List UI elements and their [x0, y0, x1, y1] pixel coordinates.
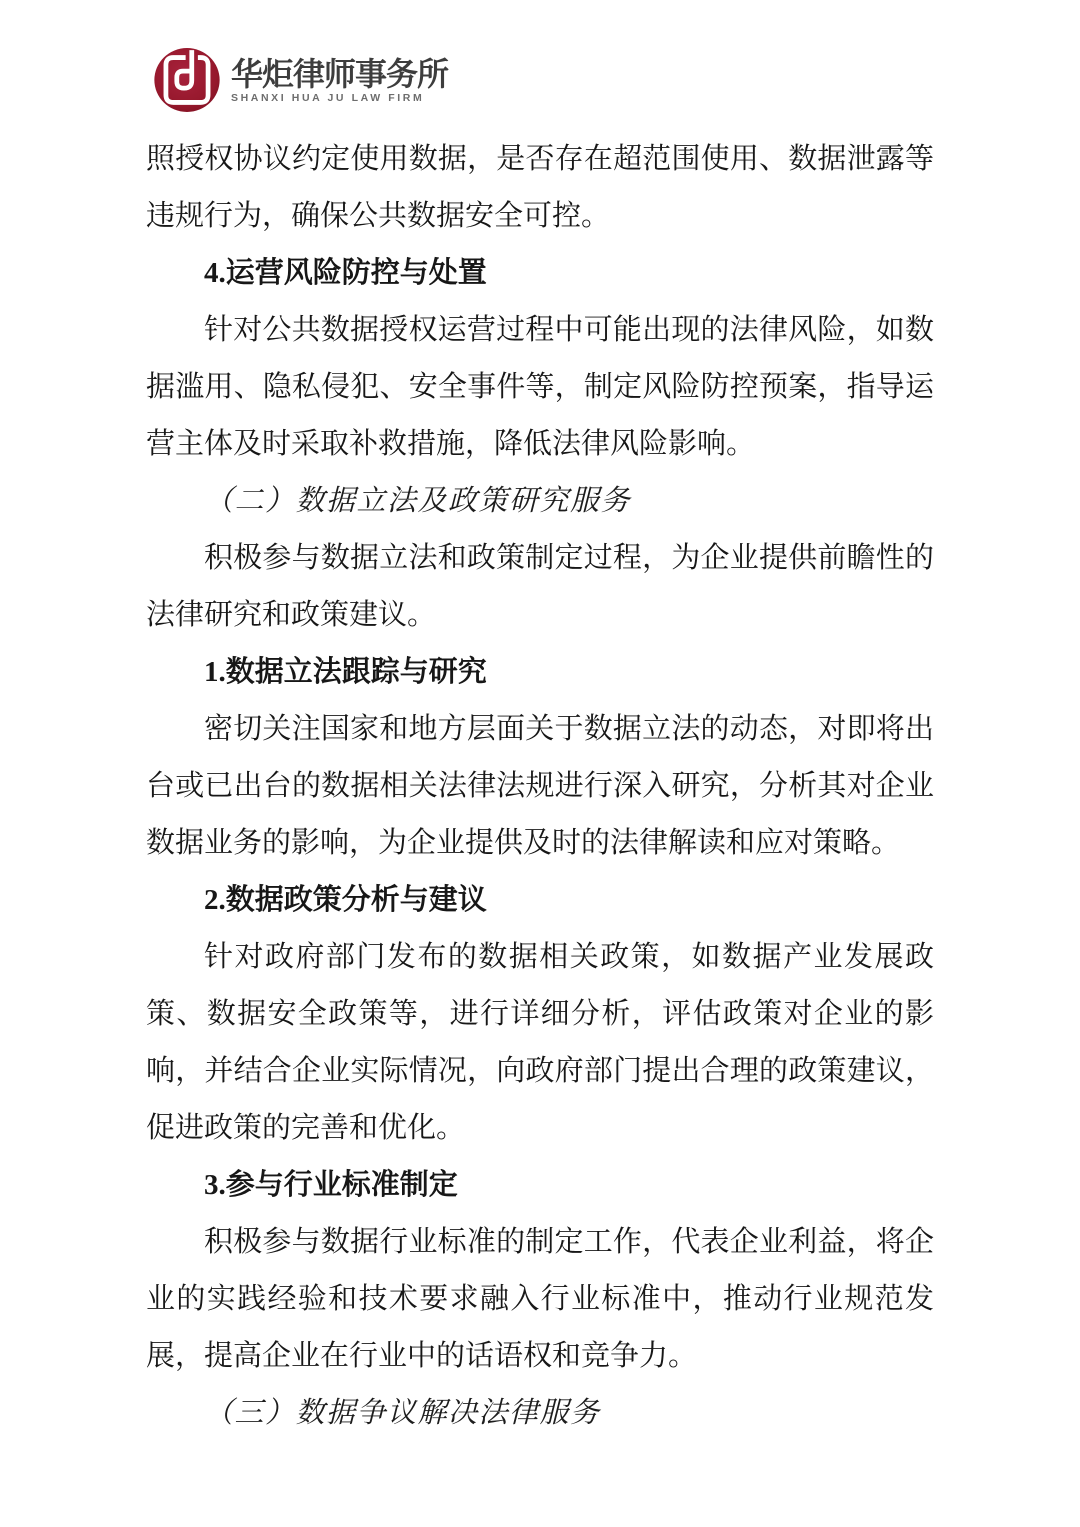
- heading-2-policy-analysis: 2.数据政策分析与建议: [146, 872, 934, 929]
- heading-section-2-legislation-policy: （二）数据立法及政策研究服务: [146, 473, 934, 530]
- logo-text-block: 华炬律师事务所 SHANXI HUA JU LAW FIRM: [231, 56, 448, 105]
- document-page: 华炬律师事务所 SHANXI HUA JU LAW FIRM 照授权协议约定使用…: [0, 0, 1080, 1527]
- logo-name-en: SHANXI HUA JU LAW FIRM: [231, 92, 448, 105]
- heading-section-3-dispute-resolution: （三）数据争议解决法律服务: [146, 1385, 934, 1442]
- paragraph-legislation-tracking: 密切关注国家和地方层面关于数据立法的动态，对即将出台或已出台的数据相关法律法规进…: [146, 701, 934, 872]
- paragraph-continuation-data-usage: 照授权协议约定使用数据，是否存在超范围使用、数据泄露等违规行为，确保公共数据安全…: [146, 131, 934, 245]
- paragraph-operation-risk-control: 针对公共数据授权运营过程中可能出现的法律风险，如数据滥用、隐私侵犯、安全事件等，…: [146, 302, 934, 473]
- paragraph-industry-standards: 积极参与数据行业标准的制定工作，代表企业利益，将企业的实践经验和技术要求融入行业…: [146, 1214, 934, 1385]
- logo-name-cn: 华炬律师事务所: [231, 56, 448, 92]
- paragraph-legislation-policy-intro: 积极参与数据立法和政策制定过程，为企业提供前瞻性的法律研究和政策建议。: [146, 530, 934, 644]
- paragraph-policy-analysis: 针对政府部门发布的数据相关政策，如数据产业发展政策、数据安全政策等，进行详细分析…: [146, 929, 934, 1157]
- law-firm-letterhead: 华炬律师事务所 SHANXI HUA JU LAW FIRM: [152, 46, 448, 114]
- heading-4-operation-risk-control: 4.运营风险防控与处置: [146, 245, 934, 302]
- huaju-logo-icon: [152, 46, 222, 114]
- heading-1-legislation-tracking: 1.数据立法跟踪与研究: [146, 644, 934, 701]
- heading-3-industry-standards: 3.参与行业标准制定: [146, 1157, 934, 1214]
- document-content: 照授权协议约定使用数据，是否存在超范围使用、数据泄露等违规行为，确保公共数据安全…: [146, 131, 934, 1442]
